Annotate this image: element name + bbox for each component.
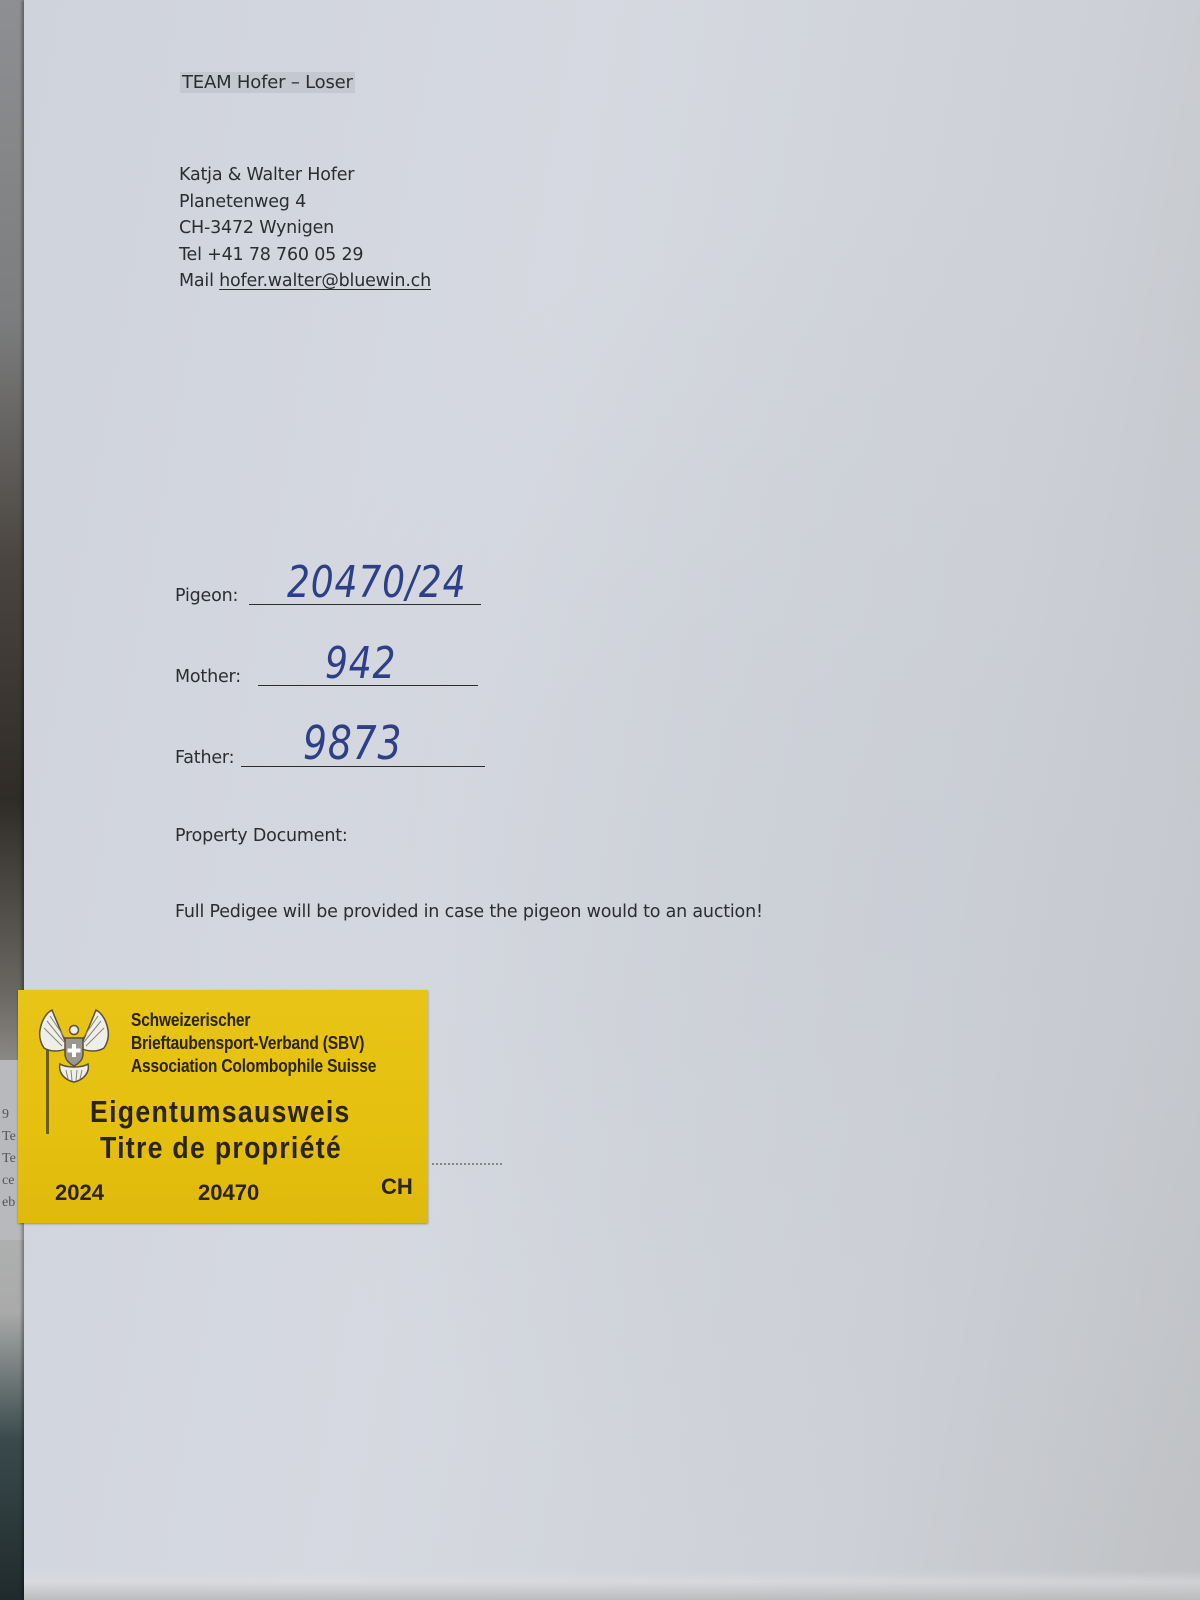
association-line: Schweizerischer bbox=[131, 1008, 376, 1031]
address-block: Katja & Walter Hofer Planetenweg 4 CH-34… bbox=[179, 162, 431, 295]
pigeon-field: Pigeon: 20470/24 bbox=[175, 582, 485, 606]
father-label: Father: bbox=[175, 748, 234, 768]
card-year: 2024 bbox=[55, 1180, 104, 1206]
father-field: Father: 9873 bbox=[175, 744, 495, 768]
phone-line: Tel +41 78 760 05 29 bbox=[179, 242, 431, 269]
association-name: Schweizerischer Brieftaubensport-Verband… bbox=[131, 1008, 376, 1077]
street: Planetenweg 4 bbox=[179, 189, 431, 216]
association-line: Association Colombophile Suisse bbox=[131, 1054, 376, 1077]
mother-field: Mother: 942 bbox=[175, 663, 485, 687]
dotted-line bbox=[432, 1163, 502, 1165]
card-ring-number: 20470 bbox=[198, 1180, 259, 1206]
mother-handwritten-value: 942 bbox=[325, 638, 396, 689]
father-handwritten-value: 9873 bbox=[303, 716, 402, 770]
mother-label: Mother: bbox=[175, 667, 241, 687]
card-country: CH bbox=[381, 1174, 413, 1200]
document: TEAM Hofer – Loser Katja & Walter Hofer … bbox=[0, 0, 1200, 1600]
property-document-label: Property Document: bbox=[175, 826, 348, 846]
ownership-card: Schweizerischer Brieftaubensport-Verband… bbox=[18, 990, 428, 1223]
owner-names: Katja & Walter Hofer bbox=[179, 162, 431, 189]
mail-label: Mail bbox=[179, 271, 214, 291]
mail-line: Mail hofer.walter@bluewin.ch bbox=[179, 268, 431, 295]
city: CH-3472 Wynigen bbox=[179, 215, 431, 242]
pigeon-handwritten-value: 20470/24 bbox=[287, 557, 466, 608]
phone-label: Tel bbox=[179, 245, 202, 265]
email-link[interactable]: hofer.walter@bluewin.ch bbox=[219, 271, 431, 291]
card-title-german: Eigentumsausweis bbox=[90, 1094, 351, 1130]
pigeon-label: Pigeon: bbox=[175, 586, 238, 606]
association-line: Brieftaubensport-Verband (SBV) bbox=[131, 1031, 376, 1054]
pedigree-note: Full Pedigee will be provided in case th… bbox=[175, 902, 763, 922]
phone-number: +41 78 760 05 29 bbox=[207, 245, 363, 265]
card-title-french: Titre de propriété bbox=[100, 1130, 342, 1166]
team-heading: TEAM Hofer – Loser bbox=[180, 72, 355, 93]
